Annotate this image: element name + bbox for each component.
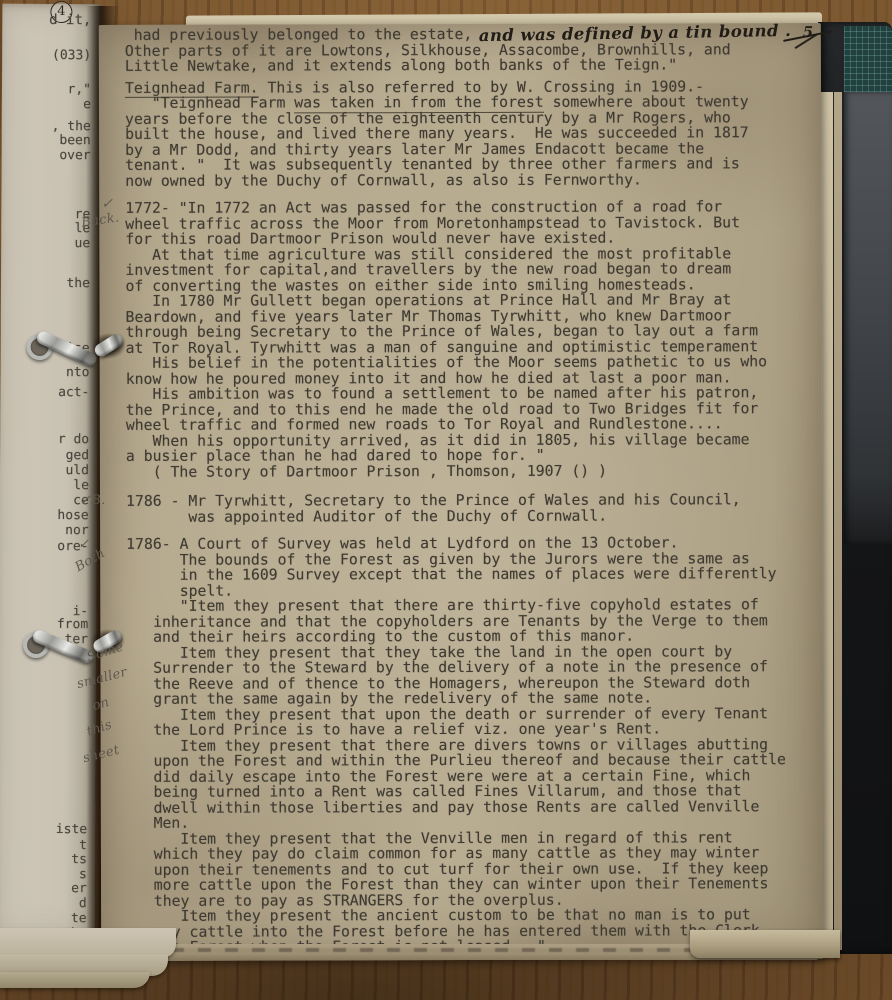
photo-of-binder-page: 4 d it, (033) r," e , the been over re l… <box>0 0 892 1000</box>
previous-page-edge: 4 d it, (033) r," e , the been over re l… <box>0 4 99 936</box>
prev-page-text-fragment: te <box>71 911 87 926</box>
prev-page-text-fragment: er <box>71 881 87 896</box>
prev-page-text-fragment: act- <box>58 385 89 400</box>
sheet-edge <box>0 972 150 988</box>
typed-lines: 1786- A Court of Survey was held at Lydf… <box>126 534 786 955</box>
prev-page-text-fragment: r do <box>58 432 89 447</box>
typed-lines: 1786 - Mr Tyrwhitt, Secretary to the Pri… <box>126 491 741 525</box>
handwritten-annotation-tin-bound: and was defined by a tin bound . <box>479 23 792 44</box>
bottom-right-page-stack <box>690 930 840 958</box>
paragraph-teignhead-quote-rest: years before the close of the eighteenth… <box>125 110 803 189</box>
prev-page-text-fragment: , the <box>52 119 91 134</box>
entry-1772-road-act: 1772- "In 1772 an Act was passed for the… <box>125 199 804 480</box>
entry-1786-court-of-survey: 1786- A Court of Survey was held at Lydf… <box>126 535 805 955</box>
document-page: 5 ✓ Back. ✓B. ✓ Both Some smaller on thi… <box>99 23 823 961</box>
entry-1786-tyrwhitt-auditor: 1786 - Mr Tyrwhitt, Secretary to the Pri… <box>126 492 804 525</box>
typed-lines: 1772- "In 1772 an Act was passed for the… <box>125 198 767 480</box>
sheet-edge <box>834 92 842 950</box>
paragraph-estate-rest: Other parts of it are Lowtons, Silkhouse… <box>125 42 803 75</box>
margin-checkmark: ✓ <box>78 537 89 552</box>
binder-checked-fabric <box>844 26 892 92</box>
prev-page-text-fragment: from <box>57 617 88 632</box>
typed-lines: years before the close of the eighteenth… <box>125 109 749 190</box>
typed-content: had previously belonged to the estate,an… <box>99 23 805 955</box>
prev-page-text-fragment: ts <box>71 852 87 867</box>
bottom-left-page-stack <box>0 928 176 1000</box>
sheet-gap-line <box>833 92 834 950</box>
typed-lines: Other parts of it are Lowtons, Silkhouse… <box>125 41 731 75</box>
prev-page-text-fragment: iste <box>56 822 87 837</box>
prev-page-text-fragment: hose <box>57 508 88 523</box>
